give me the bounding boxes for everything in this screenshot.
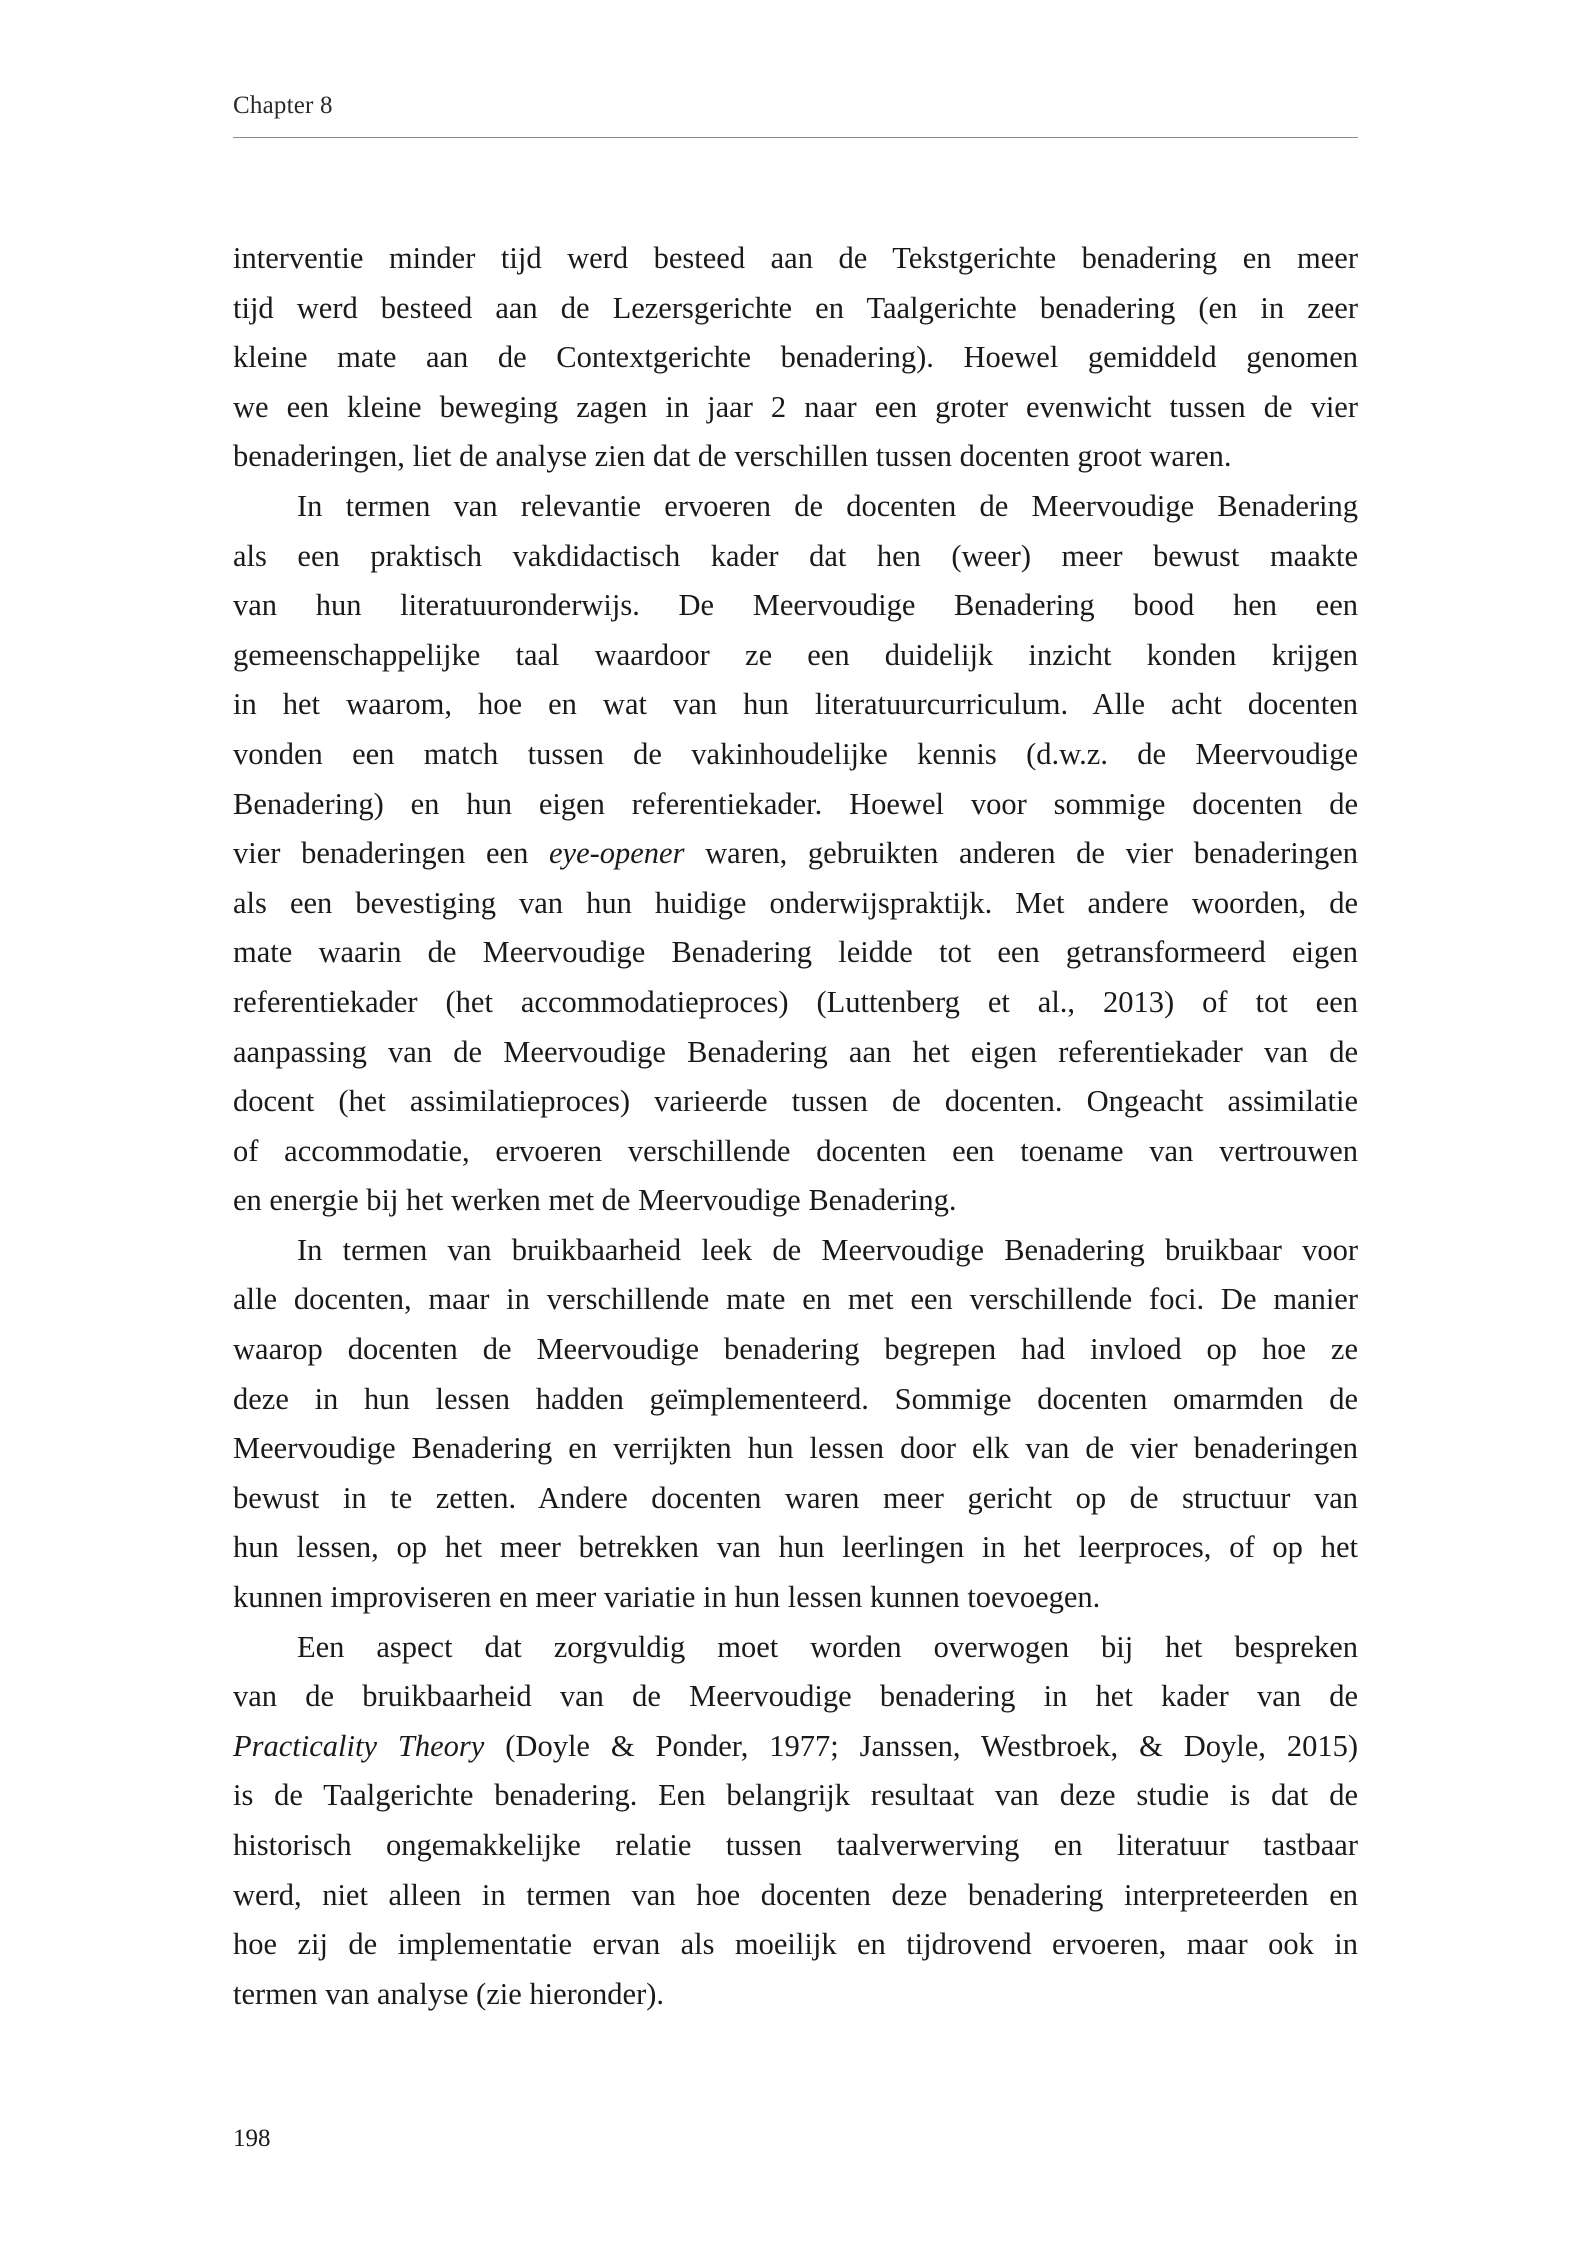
text-line: Practicality Theory (Doyle & Ponder, 197… xyxy=(233,1722,1358,1772)
text-line: van hun literatuuronderwijs. De Meervoud… xyxy=(233,581,1358,631)
text-line: In termen van relevantie ervoeren de doc… xyxy=(233,482,1358,532)
italic-term: Practicality Theory xyxy=(233,1729,484,1763)
text-line: Een aspect dat zorgvuldig moet worden ov… xyxy=(233,1623,1358,1673)
text-line: vonden een match tussen de vakinhoudelij… xyxy=(233,730,1358,780)
text-line: kleine mate aan de Contextgerichte benad… xyxy=(233,333,1358,383)
text-line: is de Taalgerichte benadering. Een belan… xyxy=(233,1771,1358,1821)
text-line: benaderingen, liet de analyse zien dat d… xyxy=(233,432,1358,482)
text-line: tijd werd besteed aan de Lezersgerichte … xyxy=(233,284,1358,334)
text-line: termen van analyse (zie hieronder). xyxy=(233,1970,1358,2020)
text-line: waarop docenten de Meervoudige benaderin… xyxy=(233,1325,1358,1375)
running-head: Chapter 8 xyxy=(233,92,333,120)
italic-term: eye-opener xyxy=(549,836,684,870)
text-line: of accommodatie, ervoeren verschillende … xyxy=(233,1127,1358,1177)
text-line: vier benaderingen een eye-opener waren, … xyxy=(233,829,1358,879)
text-line: alle docenten, maar in verschillende mat… xyxy=(233,1275,1358,1325)
paragraph: interventie minder tijd werd besteed aan… xyxy=(233,234,1358,482)
text-line: hoe zij de implementatie ervan als moeil… xyxy=(233,1920,1358,1970)
paragraph: In termen van bruikbaarheid leek de Meer… xyxy=(233,1226,1358,1623)
text-line: hun lessen, op het meer betrekken van hu… xyxy=(233,1523,1358,1573)
text-line: Benadering) en hun eigen referentiekader… xyxy=(233,780,1358,830)
text-line: docent (het assimilatieproces) varieerde… xyxy=(233,1077,1358,1127)
paragraph: Een aspect dat zorgvuldig moet worden ov… xyxy=(233,1623,1358,2020)
text-line: In termen van bruikbaarheid leek de Meer… xyxy=(233,1226,1358,1276)
text-line: werd, niet alleen in termen van hoe doce… xyxy=(233,1871,1358,1921)
page-number: 198 xyxy=(233,2125,271,2153)
paragraph: In termen van relevantie ervoeren de doc… xyxy=(233,482,1358,1226)
text-line: gemeenschappelijke taal waardoor ze een … xyxy=(233,631,1358,681)
text-line: kunnen improviseren en meer variatie in … xyxy=(233,1573,1358,1623)
text-line: en energie bij het werken met de Meervou… xyxy=(233,1176,1358,1226)
text-line: interventie minder tijd werd besteed aan… xyxy=(233,234,1358,284)
text-line: referentiekader (het accommodatieproces)… xyxy=(233,978,1358,1028)
body-text: interventie minder tijd werd besteed aan… xyxy=(233,234,1358,2019)
text-line: bewust in te zetten. Andere docenten war… xyxy=(233,1474,1358,1524)
header-rule xyxy=(233,137,1358,138)
text-line: als een bevestiging van hun huidige onde… xyxy=(233,879,1358,929)
text-line: als een praktisch vakdidactisch kader da… xyxy=(233,532,1358,582)
text-line: historisch ongemakkelijke relatie tussen… xyxy=(233,1821,1358,1871)
text-line: aanpassing van de Meervoudige Benadering… xyxy=(233,1028,1358,1078)
text-line: Meervoudige Benadering en verrijkten hun… xyxy=(233,1424,1358,1474)
text-line: deze in hun lessen hadden geïmplementeer… xyxy=(233,1375,1358,1425)
text-line: van de bruikbaarheid van de Meervoudige … xyxy=(233,1672,1358,1722)
text-line: in het waarom, hoe en wat van hun litera… xyxy=(233,680,1358,730)
text-line: mate waarin de Meervoudige Benadering le… xyxy=(233,928,1358,978)
text-line: we een kleine beweging zagen in jaar 2 n… xyxy=(233,383,1358,433)
